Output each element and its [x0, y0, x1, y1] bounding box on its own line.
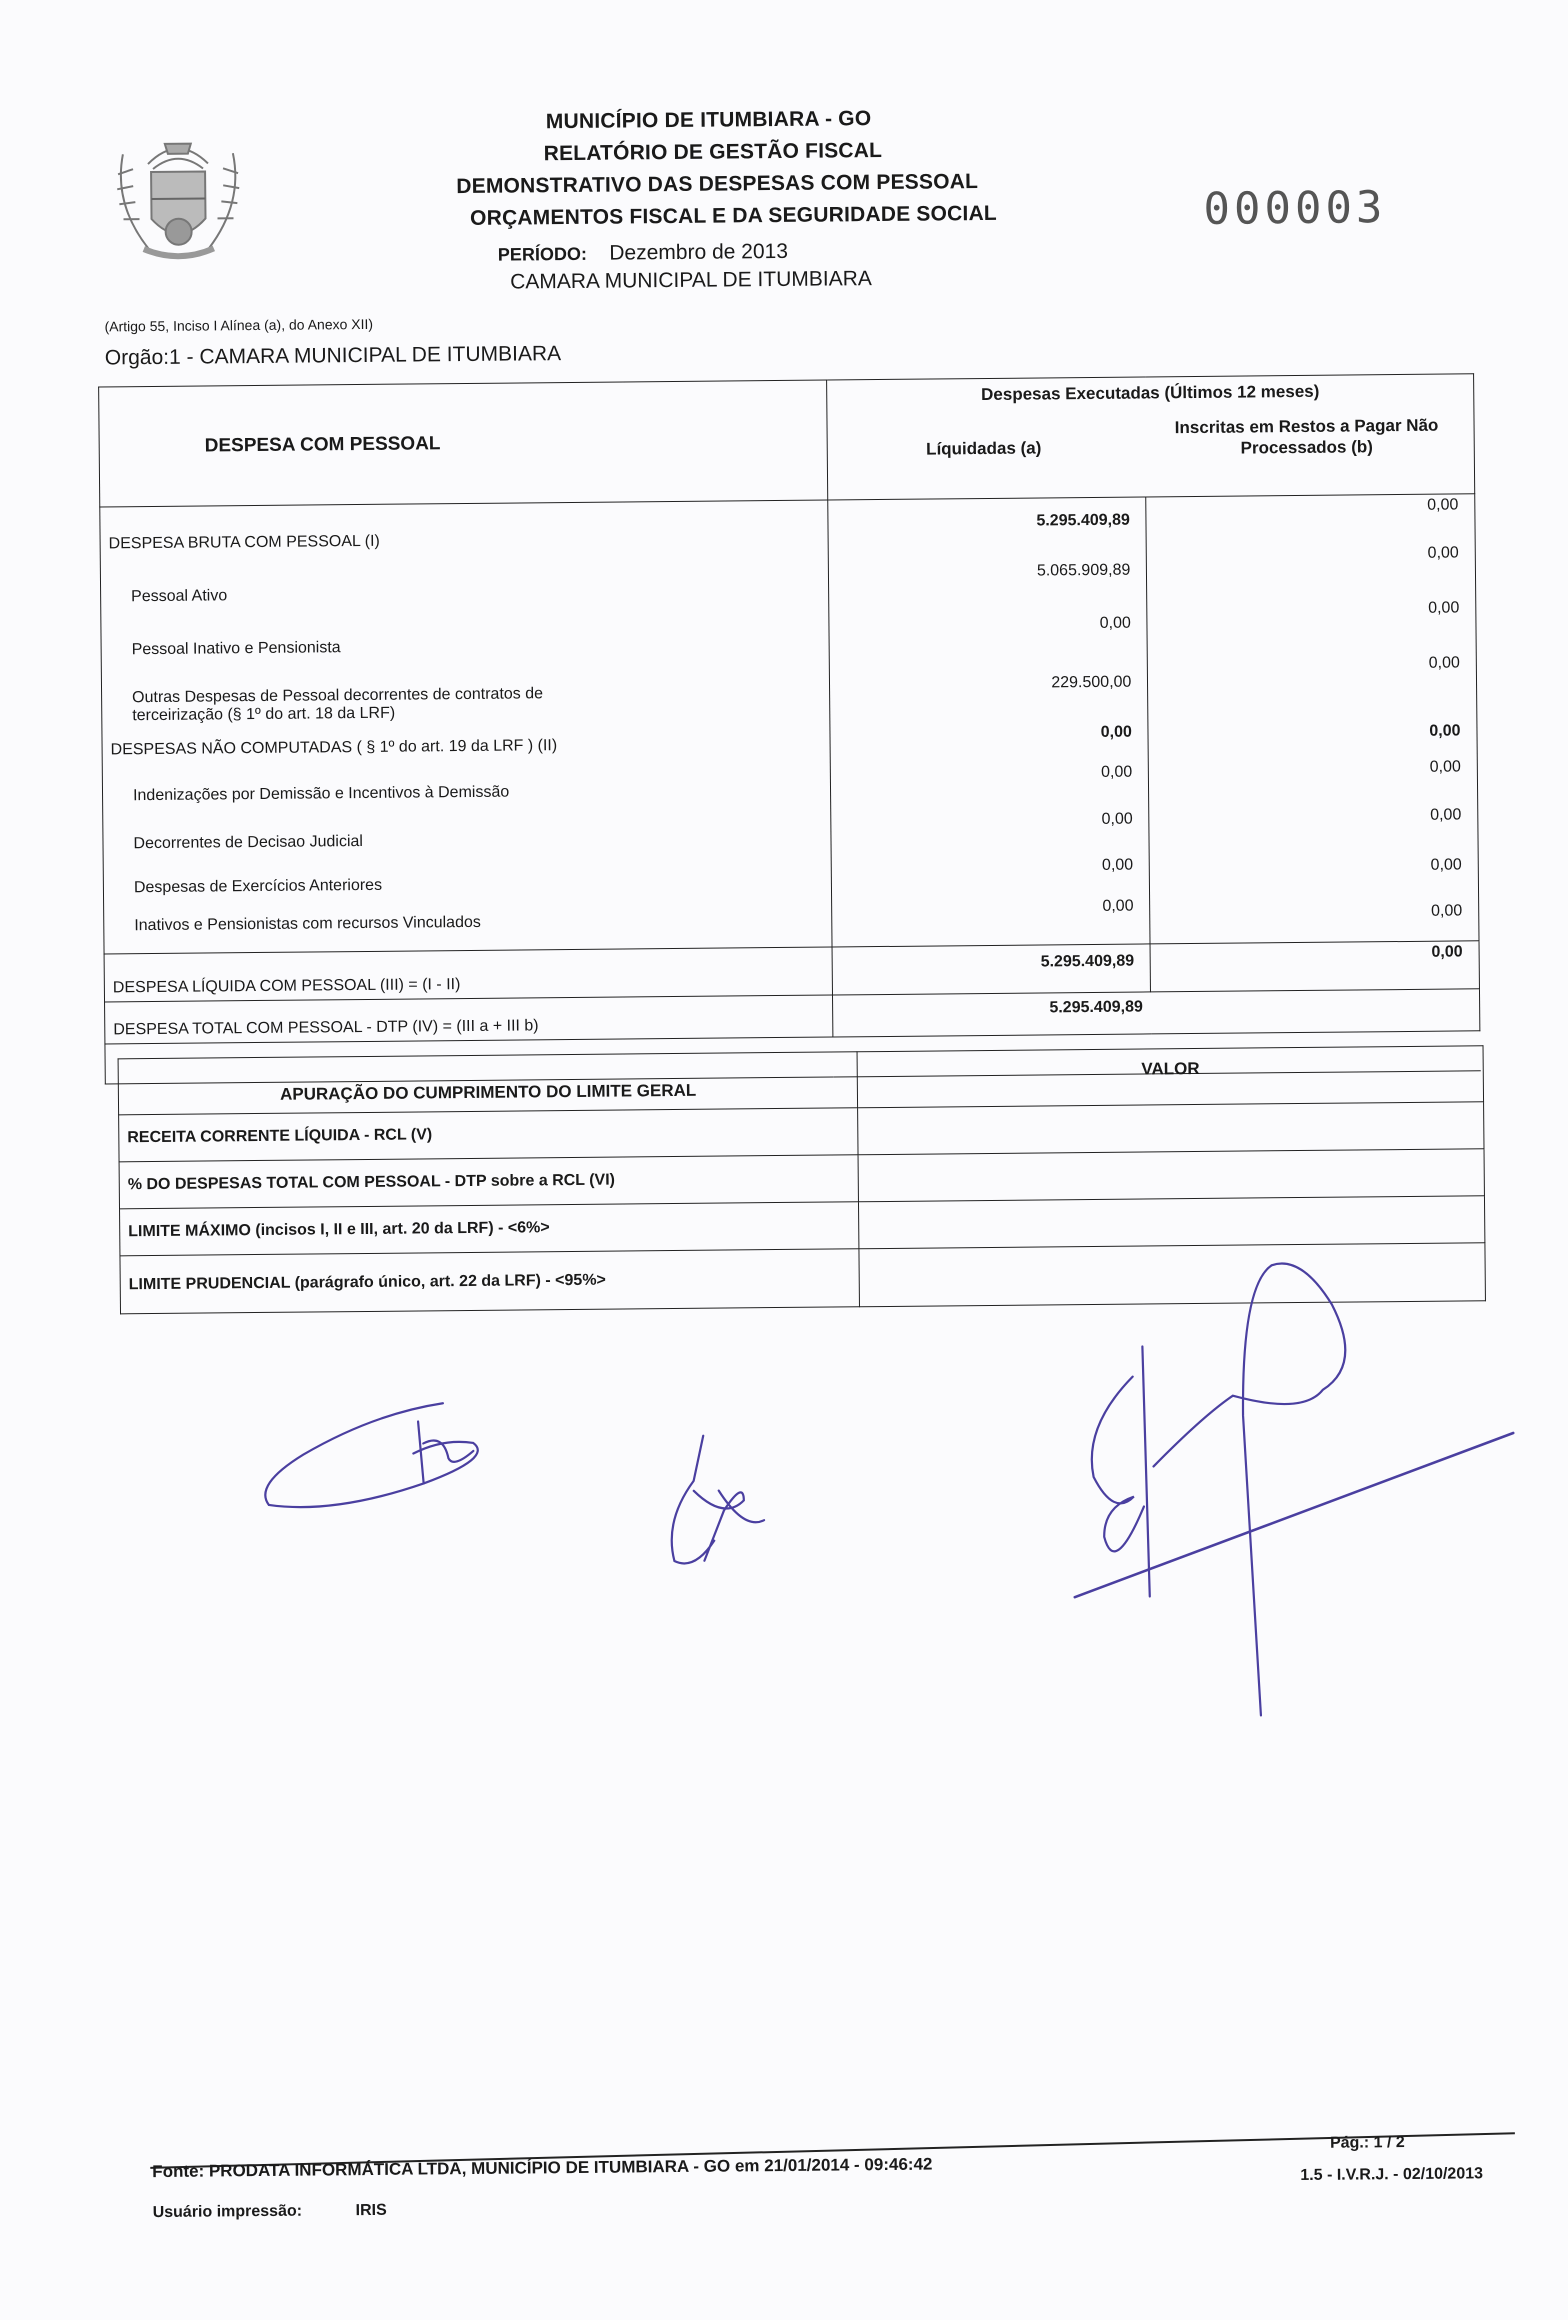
footer-user-label: Usuário impressão: — [153, 2203, 303, 2222]
signatures — [0, 0, 1568, 2320]
signature-2-icon — [671, 1435, 765, 1563]
footer-user-value: IRIS — [356, 2202, 387, 2220]
footer-version: 1.5 - I.V.R.J. - 02/10/2013 — [1300, 2165, 1483, 2185]
signature-1-icon — [264, 1403, 478, 1508]
footer-page-number: Pág.: 1 / 2 — [1330, 2134, 1405, 2153]
signature-3-icon — [1090, 1263, 1349, 1717]
report-page: MUNICÍPIO DE ITUMBIARA - GO RELATÓRIO DE… — [0, 0, 1568, 2320]
